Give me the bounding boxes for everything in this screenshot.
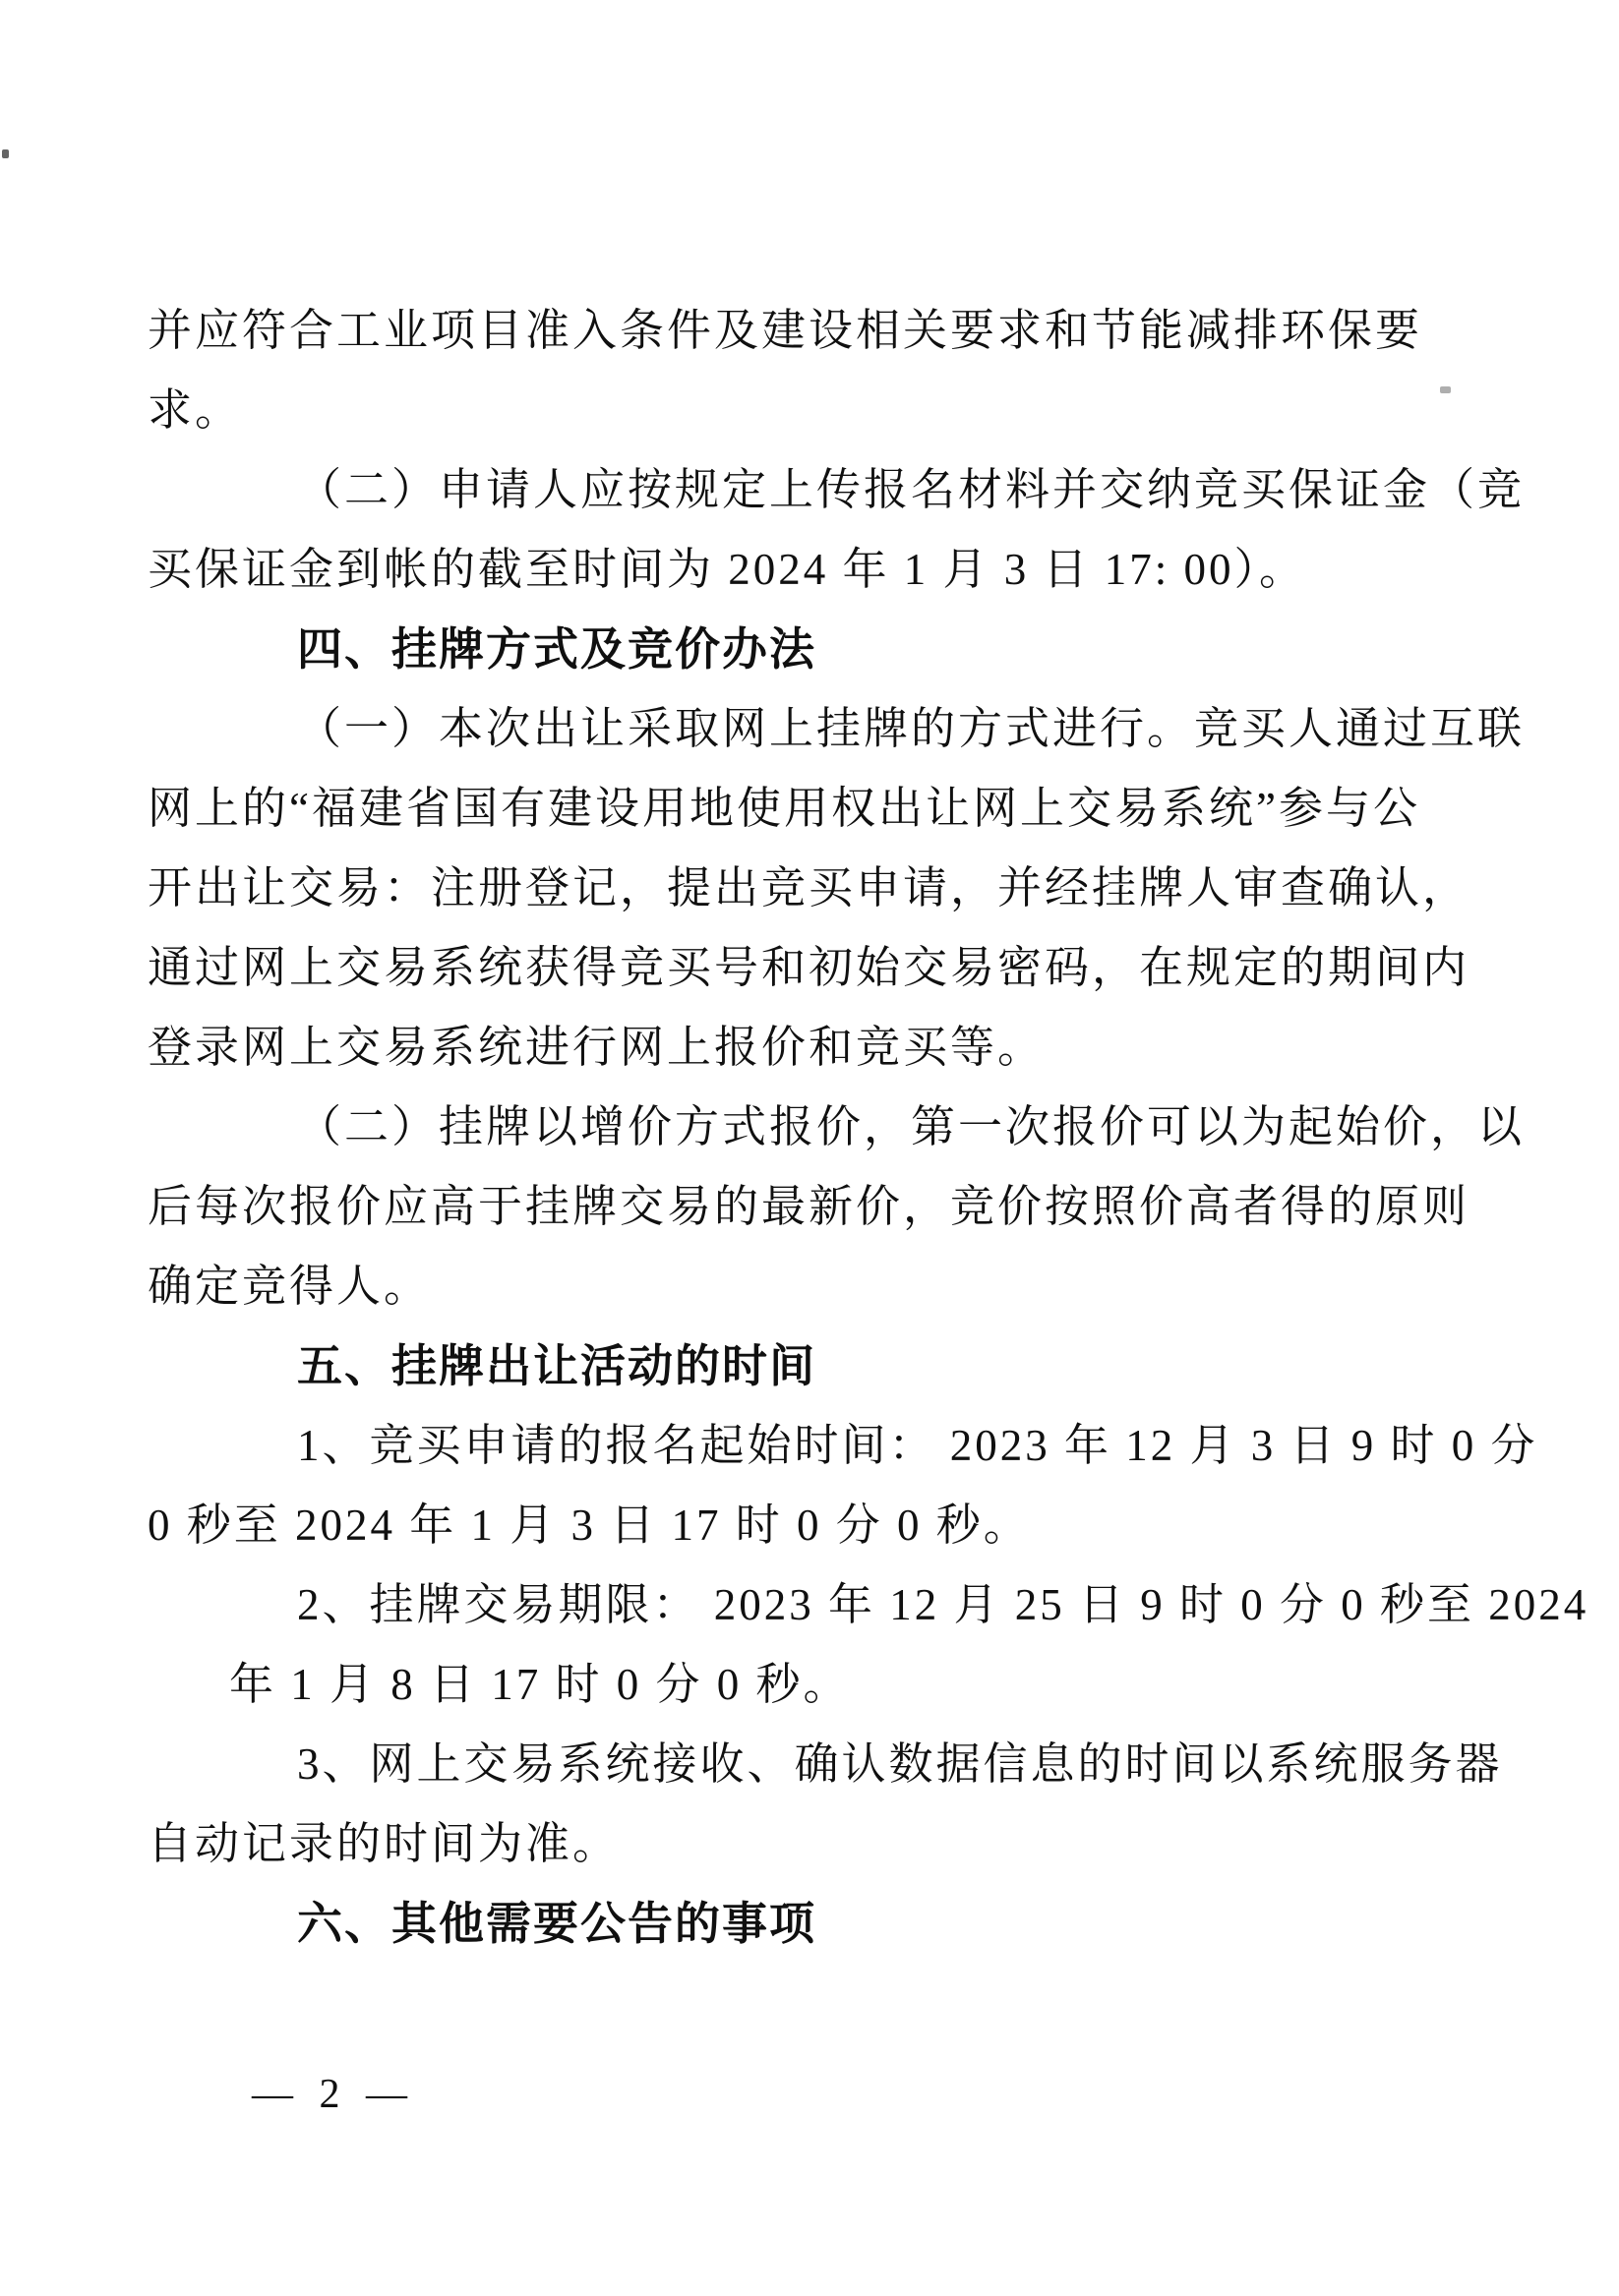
text-line: 年 1 月 8 日 17 时 0 分 0 秒。 [148,1645,1471,1725]
text-line: 2、挂牌交易期限： 2023 年 12 月 25 日 9 时 0 分 0 秒至 … [148,1565,1471,1645]
text-line: 确定竞得人。 [148,1247,1471,1326]
text-line: 自动记录的时间为准。 [148,1804,1471,1884]
text-line: 登录网上交易系统进行网上报价和竞买等。 [148,1008,1471,1088]
scan-artifact [2,149,9,158]
text-line: （一）本次出让采取网上挂牌的方式进行。竞买人通过互联 [148,689,1471,769]
text-line: 买保证金到帐的截至时间为 2024 年 1 月 3 日 17: 00）。 [148,530,1471,610]
section-heading-4: 四、挂牌方式及竞价办法 [148,610,1471,689]
text-line: （二）挂牌以增价方式报价，第一次报价可以为起始价，以 [148,1088,1471,1167]
text-line: 并应符合工业项目准入条件及建设相关要求和节能减排环保要 [148,291,1471,371]
text-line: 0 秒至 2024 年 1 月 3 日 17 时 0 分 0 秒。 [148,1486,1471,1565]
section-heading-6: 六、其他需要公告的事项 [148,1884,1471,1964]
text-line: 通过网上交易系统获得竞买号和初始交易密码，在规定的期间内 [148,928,1471,1008]
text-block: 并应符合工业项目准入条件及建设相关要求和节能减排环保要 求。 （二）申请人应按规… [148,291,1471,1964]
section-heading-5: 五、挂牌出让活动的时间 [148,1326,1471,1406]
text-line: 求。 [148,371,1471,450]
document-page: 并应符合工业项目准入条件及建设相关要求和节能减排环保要 求。 （二）申请人应按规… [0,0,1619,2296]
text-line: 后每次报价应高于挂牌交易的最新价，竞价按照价高者得的原则 [148,1167,1471,1247]
text-line: 1、竞买申请的报名起始时间： 2023 年 12 月 3 日 9 时 0 分 [148,1406,1471,1486]
text-line: （二）申请人应按规定上传报名材料并交纳竞买保证金（竞 [148,450,1471,530]
text-line: 开出让交易：注册登记，提出竞买申请，并经挂牌人审查确认， [148,849,1471,928]
page-number: — 2 — [252,2071,415,2118]
scan-artifact [1440,386,1451,393]
text-line: 3、网上交易系统接收、确认数据信息的时间以系统服务器 [148,1725,1471,1804]
text-line: 网上的“福建省国有建设用地使用权出让网上交易系统”参与公 [148,769,1471,849]
